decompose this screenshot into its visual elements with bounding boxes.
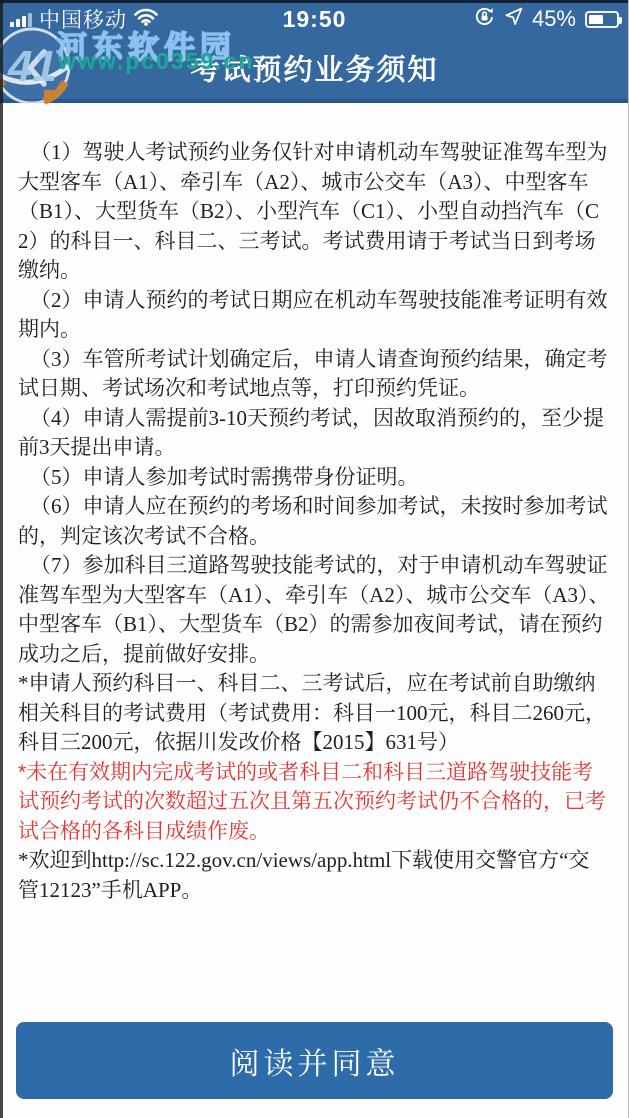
notice-paragraph: （7）参加科目三道路驾驶技能考试的，对于申请机动车驾驶证准驾车型为大型客车（A1…: [18, 551, 610, 669]
agree-button[interactable]: 阅读并同意: [16, 1022, 613, 1099]
status-bar: 中国移动 19:50: [0, 0, 629, 36]
app-screen: 中国移动 19:50: [0, 0, 629, 1118]
notice-paragraph: *欢迎到http://sc.122.gov.cn/views/app.html下…: [18, 846, 610, 905]
location-arrow-icon: [504, 7, 523, 31]
notice-paragraph-warning: *未在有效期内完成考试的或者科目二和科目三道路驾驶技能考试预约考试的次数超过五次…: [18, 758, 610, 847]
battery-icon: [585, 11, 619, 28]
notice-body: （1）驾驶人考试预约业务仅针对申请机动车驾驶证准驾车型为大型客车（A1）、牵引车…: [0, 107, 629, 1118]
notice-paragraph: *申请人预约科目一、科目二、三考试后，应在考试前自助缴纳相关科目的考试费用（考试…: [18, 669, 610, 758]
notice-paragraph: （5）申请人参加考试时需携带身份证明。: [18, 463, 610, 493]
screen-edge-left: [0, 0, 3, 1118]
wifi-icon: [134, 8, 158, 31]
notice-paragraph: （3）车管所考试计划确定后，申请人请查询预约结果，确定考试日期、考试场次和考试地…: [18, 345, 610, 404]
screen-edge-top: [0, 0, 629, 3]
notice-paragraph: （1）驾驶人考试预约业务仅针对申请机动车驾驶证准驾车型为大型客车（A1）、牵引车…: [18, 138, 610, 286]
carrier-label: 中国移动: [39, 4, 127, 34]
nav-bar: 考试预约业务须知: [0, 36, 629, 99]
page-title: 考试预约业务须知: [0, 47, 629, 88]
notice-paragraph: （4）申请人需提前3-10天预约考试，因故取消预约的，至少提前3天提出申请。: [18, 404, 610, 463]
battery-percent-label: 45%: [532, 6, 576, 32]
rotation-lock-icon: [474, 6, 495, 32]
notice-paragraph: （2）申请人预约的考试日期应在机动车驾驶技能准考证明有效期内。: [18, 286, 610, 345]
header-bar: 中国移动 19:50: [0, 0, 629, 103]
notice-paragraph: （6）申请人应在预约的考场和时间参加考试，未按时参加考试的，判定该次考试不合格。: [18, 492, 610, 551]
signal-bars-icon: [10, 12, 32, 27]
